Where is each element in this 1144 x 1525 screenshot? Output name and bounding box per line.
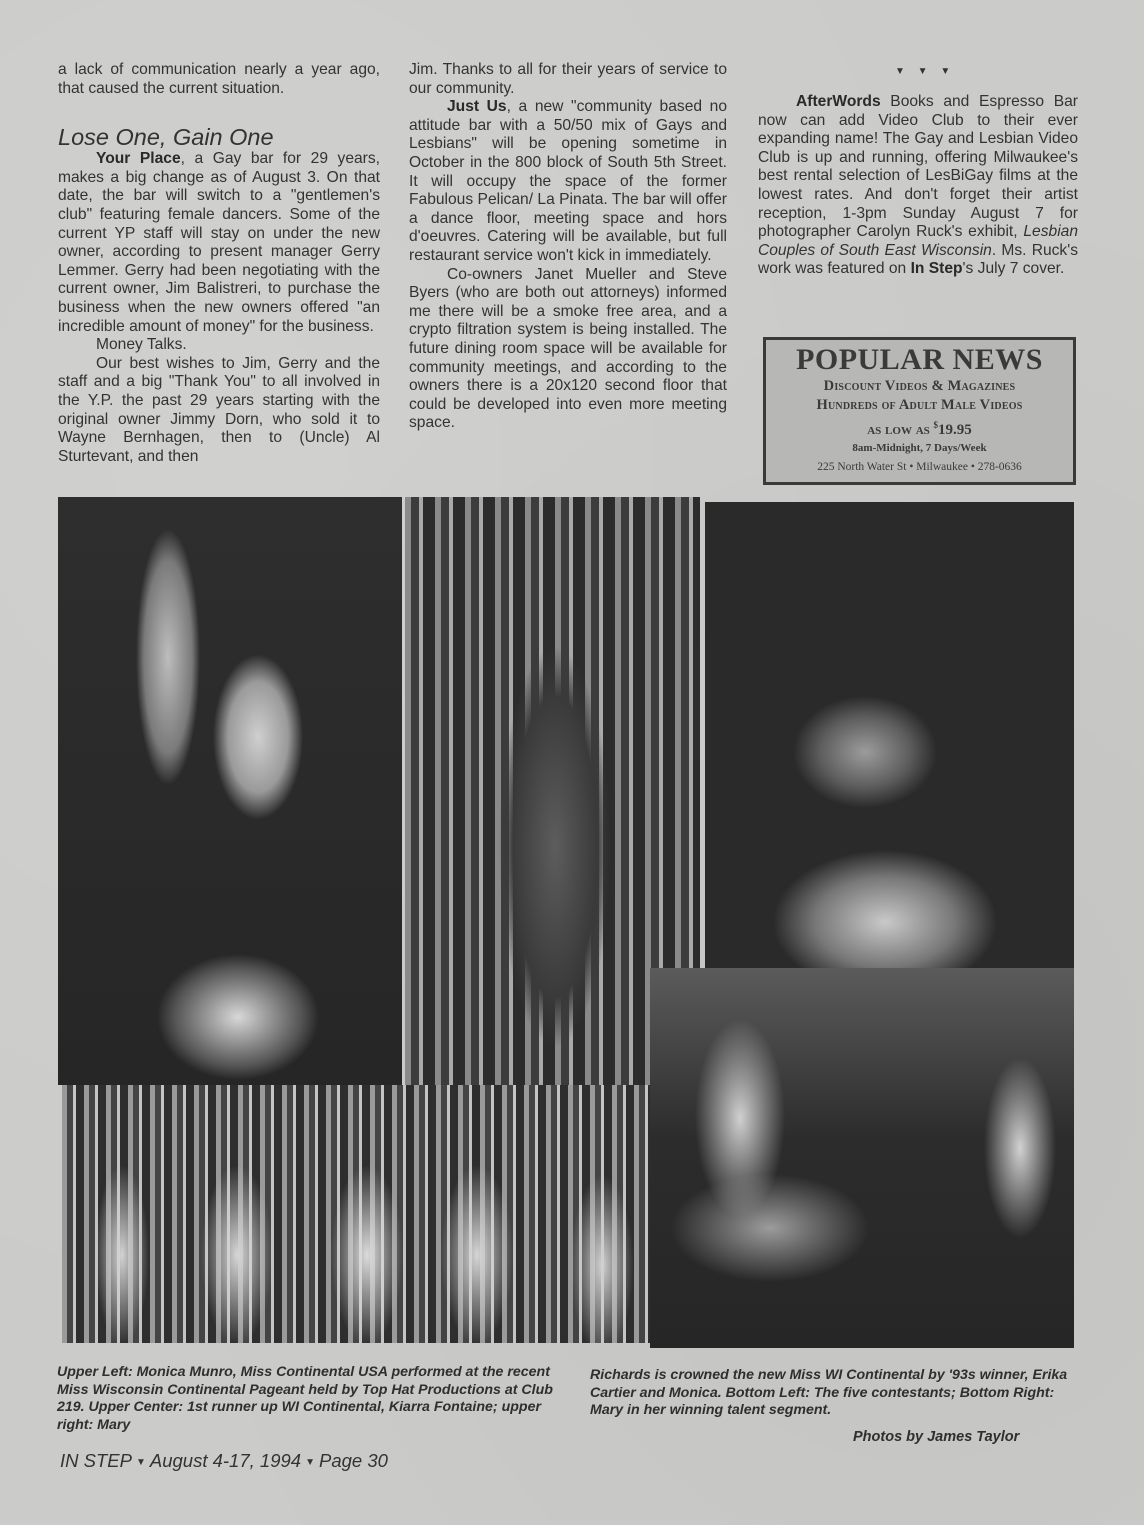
popular-news-advertisement: POPULAR NEWS Discount Videos & Magazines… [763, 337, 1076, 485]
column2-paragraph-2: Co-owners Janet Mueller and Steve Byers … [409, 266, 727, 433]
column1-paragraph-3: Our best wishes to Jim, Gerry and the st… [58, 355, 380, 467]
footer-publication: IN STEP [60, 1450, 132, 1471]
triangle-separator-icon: ▼ [136, 1457, 146, 1468]
section-separator-icon: ▼ ▼ ▼ [895, 66, 955, 77]
venue-name-just-us: Just Us [447, 98, 507, 115]
triangle-separator-icon: ▼ [305, 1457, 315, 1468]
article-column-3: AfterWords Books and Espresso Bar now ca… [758, 93, 1078, 279]
column3-paragraph-1: AfterWords Books and Espresso Bar now ca… [758, 93, 1078, 279]
ad-price: as low as $19.95 [766, 415, 1073, 440]
photo-upper-right [705, 502, 1074, 968]
section-heading: Lose One, Gain One [58, 124, 380, 150]
photo-bottom-left [62, 1085, 650, 1343]
column1-paragraph-2: Money Talks. [58, 336, 380, 355]
photo-caption-right: Richards is crowned the new Miss WI Cont… [590, 1367, 1070, 1420]
ad-line-1: Discount Videos & Magazines [766, 377, 1073, 396]
article-column-1: a lack of communication nearly a year ag… [58, 61, 380, 466]
ad-hours: 8am-Midnight, 7 Days/Week [766, 440, 1073, 456]
photo-upper-left [58, 497, 402, 1085]
ad-line-2: Hundreds of Adult Male Videos [766, 396, 1073, 415]
photo-credit: Photos by James Taylor [853, 1429, 1019, 1445]
footer-date: August 4-17, 1994 [150, 1450, 301, 1471]
column1-intro: a lack of communication nearly a year ag… [58, 61, 380, 98]
page-footer: IN STEP▼August 4-17, 1994▼Page 30 [60, 1450, 388, 1472]
column2-paragraph-1: Just Us, a new "community based no attit… [409, 98, 727, 265]
photo-bottom-right [650, 968, 1074, 1348]
venue-name-afterwords: AfterWords [796, 93, 881, 110]
ad-address: 225 North Water St • Milwaukee • 278-063… [766, 458, 1073, 476]
photo-caption-left: Upper Left: Monica Munro, Miss Continent… [57, 1364, 557, 1434]
ad-title: POPULAR NEWS [766, 343, 1073, 377]
publication-name: In Step [911, 260, 963, 277]
column2-paragraph-0: Jim. Thanks to all for their years of se… [409, 61, 727, 98]
column1-paragraph-1: Your Place, a Gay bar for 29 years, make… [58, 150, 380, 336]
article-column-2: Jim. Thanks to all for their years of se… [409, 61, 727, 433]
venue-name-your-place: Your Place [96, 150, 181, 167]
footer-page-number: Page 30 [319, 1450, 388, 1471]
